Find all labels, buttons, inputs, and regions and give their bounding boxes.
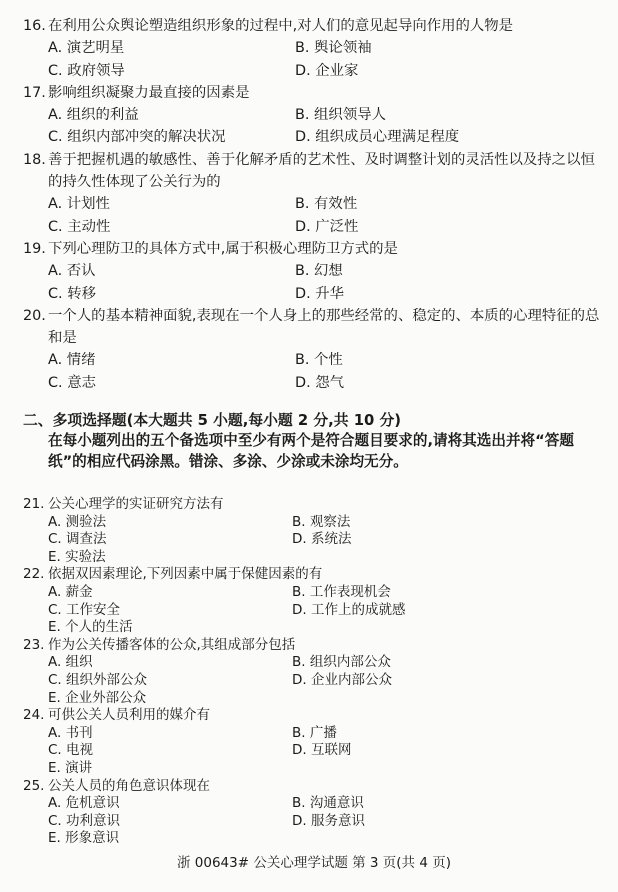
- option-17-D: D. 组织成员心理满足程度: [295, 126, 605, 148]
- option-text: 观察法: [310, 514, 351, 530]
- option-label: C.: [48, 602, 62, 618]
- option-24-A: A. 书刊: [48, 725, 292, 743]
- option-22-C: C. 工作安全: [48, 602, 292, 620]
- options-grid: A. 情绪B. 个性C. 意志D. 怨气: [48, 349, 605, 394]
- option-23-E: E. 企业外部公众: [48, 690, 292, 708]
- option-text: 企业外部公众: [65, 690, 146, 706]
- question-number: 21.: [23, 496, 48, 514]
- option-16-C: C. 政府领导: [48, 60, 295, 82]
- question-text: 可供公关人员利用的媒介有: [48, 707, 605, 725]
- option-19-A: A. 否认: [48, 260, 295, 282]
- page-footer: 浙 00643# 公关心理学试题 第 3 页(共 4 页): [23, 854, 605, 872]
- question-text: 影响组织凝聚力最直接的因素是: [48, 82, 605, 104]
- option-label: C.: [48, 129, 63, 145]
- option-text: 电视: [66, 742, 93, 758]
- option-label: A.: [48, 584, 61, 600]
- option-label: B.: [292, 795, 306, 811]
- option-text: 计划性: [67, 196, 110, 212]
- option-label: B.: [295, 196, 309, 212]
- option-text: 测验法: [66, 514, 107, 530]
- option-text: 服务意识: [311, 813, 365, 829]
- option-19-C: C. 转移: [48, 283, 295, 305]
- question-line: 19.下列心理防卫的具体方式中,属于积极心理防卫方式的是: [23, 238, 605, 260]
- question-line: 20.一个人的基本精神面貌,表现在一个人身上的那些经常的、稳定的、本质的心理特征…: [23, 305, 605, 350]
- option-text: 形象意识: [65, 830, 119, 846]
- question-text: 公关人员的角色意识体现在: [48, 778, 605, 796]
- option-text: 意志: [67, 375, 96, 391]
- option-label: B.: [292, 725, 306, 741]
- options-grid: A. 薪金B. 工作表现机会C. 工作安全D. 工作上的成就感E. 个人的生活: [48, 584, 605, 637]
- option-label: C.: [48, 63, 63, 79]
- option-text: 个人的生活: [65, 619, 133, 635]
- option-text: 工作上的成就感: [311, 602, 406, 618]
- option-text: 书刊: [66, 725, 93, 741]
- option-20-A: A. 情绪: [48, 349, 295, 371]
- option-23-D: D. 企业内部公众: [292, 672, 605, 690]
- section2-instructions: 在每小题列出的五个备选项中至少有两个是符合题目要求的,请将其选出并将“答题纸”的…: [48, 431, 605, 472]
- option-text: 企业家: [315, 63, 358, 79]
- option-label: A.: [48, 352, 62, 368]
- section2-title: 二、多项选择题(本大题共 5 小题,每小题 2 分,共 10 分): [23, 410, 605, 431]
- option-text: 政府领导: [67, 63, 125, 79]
- option-label: D.: [295, 129, 311, 145]
- option-21-B: B. 观察法: [292, 514, 605, 532]
- option-24-D: D. 互联网: [292, 742, 605, 760]
- option-19-B: B. 幻想: [295, 260, 605, 282]
- question-25: 25.公关人员的角色意识体现在A. 危机意识B. 沟通意识C. 功利意识D. 服…: [23, 778, 605, 848]
- option-18-C: C. 主动性: [48, 216, 295, 238]
- question-line: 23.作为公关传播客体的公众,其组成部分包括: [23, 637, 605, 655]
- option-22-B: B. 工作表现机会: [292, 584, 605, 602]
- option-17-C: C. 组织内部冲突的解决状况: [48, 126, 295, 148]
- options-grid: A. 组织的利益B. 组织领导人C. 组织内部冲突的解决状况D. 组织成员心理满…: [48, 104, 605, 149]
- option-label: C.: [48, 375, 63, 391]
- option-21-D: D. 系统法: [292, 531, 605, 549]
- option-label: C.: [48, 813, 62, 829]
- option-text: 企业内部公众: [311, 672, 392, 688]
- option-text: 沟通意识: [310, 795, 364, 811]
- option-text: 薪金: [66, 584, 93, 600]
- question-line: 17.影响组织凝聚力最直接的因素是: [23, 82, 605, 104]
- option-label: D.: [292, 602, 307, 618]
- option-label: B.: [292, 584, 306, 600]
- option-text: 演讲: [65, 760, 92, 776]
- question-19: 19.下列心理防卫的具体方式中,属于积极心理防卫方式的是A. 否认B. 幻想C.…: [23, 238, 605, 305]
- option-text: 系统法: [311, 531, 352, 547]
- option-18-D: D. 广泛性: [295, 216, 605, 238]
- option-text: 组织: [66, 654, 93, 670]
- option-text: 广播: [310, 725, 337, 741]
- option-label: B.: [295, 107, 309, 123]
- option-label: E.: [48, 830, 61, 846]
- option-label: A.: [48, 654, 61, 670]
- option-text: 个性: [314, 352, 343, 368]
- option-22-A: A. 薪金: [48, 584, 292, 602]
- question-line: 18.善于把握机遇的敏感性、善于化解矛盾的艺术性、及时调整计划的灵活性以及持之以…: [23, 149, 605, 194]
- question-text: 一个人的基本精神面貌,表现在一个人身上的那些经常的、稳定的、本质的心理特征的总和…: [48, 305, 605, 350]
- option-label: A.: [48, 263, 62, 279]
- option-21-A: A. 测验法: [48, 514, 292, 532]
- option-label: D.: [292, 813, 307, 829]
- question-text: 善于把握机遇的敏感性、善于化解矛盾的艺术性、及时调整计划的灵活性以及持之以恒的持…: [48, 149, 605, 194]
- question-line: 25.公关人员的角色意识体现在: [23, 778, 605, 796]
- question-number: 16.: [23, 15, 48, 37]
- option-18-B: B. 有效性: [295, 193, 605, 215]
- options-grid: A. 演艺明星B. 舆论领袖C. 政府领导D. 企业家: [48, 37, 605, 82]
- option-21-C: C. 调查法: [48, 531, 292, 549]
- option-20-B: B. 个性: [295, 349, 605, 371]
- option-text: 演艺明星: [67, 40, 125, 56]
- option-text: 情绪: [67, 352, 96, 368]
- option-25-A: A. 危机意识: [48, 795, 292, 813]
- question-20: 20.一个人的基本精神面貌,表现在一个人身上的那些经常的、稳定的、本质的心理特征…: [23, 305, 605, 394]
- option-text: 组织领导人: [314, 107, 386, 123]
- question-line: 16.在利用公众舆论塑造组织形象的过程中,对人们的意见起导向作用的人物是: [23, 15, 605, 37]
- option-label: B.: [295, 40, 309, 56]
- question-number: 25.: [23, 778, 48, 796]
- option-label: E.: [48, 690, 61, 706]
- option-label: B.: [292, 514, 306, 530]
- option-text: 工作表现机会: [310, 584, 391, 600]
- question-text: 作为公关传播客体的公众,其组成部分包括: [48, 637, 605, 655]
- section2-header-block: 二、多项选择题(本大题共 5 小题,每小题 2 分,共 10 分) 在每小题列出…: [23, 410, 605, 472]
- option-label: A.: [48, 514, 61, 530]
- option-text: 升华: [315, 286, 344, 302]
- question-line: 21.公关心理学的实证研究方法有: [23, 496, 605, 514]
- option-label: A.: [48, 725, 61, 741]
- option-text: 实验法: [65, 549, 106, 565]
- option-text: 组织内部公众: [310, 654, 391, 670]
- options-grid: A. 计划性B. 有效性C. 主动性D. 广泛性: [48, 193, 605, 238]
- option-label: C.: [48, 672, 62, 688]
- option-text: 否认: [67, 263, 96, 279]
- question-text: 下列心理防卫的具体方式中,属于积极心理防卫方式的是: [48, 238, 605, 260]
- option-21-E: E. 实验法: [48, 549, 292, 567]
- section-single-choice-questions: 16.在利用公众舆论塑造组织形象的过程中,对人们的意见起导向作用的人物是A. 演…: [23, 15, 605, 394]
- option-text: 组织外部公众: [66, 672, 147, 688]
- option-text: 功利意识: [66, 813, 120, 829]
- option-text: 工作安全: [66, 602, 120, 618]
- option-23-B: B. 组织内部公众: [292, 654, 605, 672]
- option-label: C.: [48, 531, 62, 547]
- option-25-B: B. 沟通意识: [292, 795, 605, 813]
- question-number: 17.: [23, 82, 48, 104]
- option-text: 互联网: [311, 742, 352, 758]
- question-18: 18.善于把握机遇的敏感性、善于化解矛盾的艺术性、及时调整计划的灵活性以及持之以…: [23, 149, 605, 238]
- option-text: 危机意识: [66, 795, 120, 811]
- options-grid: A. 危机意识B. 沟通意识C. 功利意识D. 服务意识E. 形象意识: [48, 795, 605, 848]
- question-17: 17.影响组织凝聚力最直接的因素是A. 组织的利益B. 组织领导人C. 组织内部…: [23, 82, 605, 149]
- option-22-E: E. 个人的生活: [48, 619, 292, 637]
- question-line: 24.可供公关人员利用的媒介有: [23, 707, 605, 725]
- question-22: 22.依据双因素理论,下列因素中属于保健因素的有A. 薪金B. 工作表现机会C.…: [23, 566, 605, 636]
- question-text: 公关心理学的实证研究方法有: [48, 496, 605, 514]
- option-text: 广泛性: [315, 219, 358, 235]
- option-text: 怨气: [315, 375, 344, 391]
- option-text: 主动性: [67, 219, 110, 235]
- options-grid: A. 组织B. 组织内部公众C. 组织外部公众D. 企业内部公众E. 企业外部公…: [48, 654, 605, 707]
- question-number: 23.: [23, 637, 48, 655]
- option-label: C.: [48, 742, 62, 758]
- question-number: 20.: [23, 305, 48, 350]
- option-text: 组织成员心理满足程度: [315, 129, 459, 145]
- option-17-A: A. 组织的利益: [48, 104, 295, 126]
- option-label: B.: [292, 654, 306, 670]
- option-24-C: C. 电视: [48, 742, 292, 760]
- option-label: D.: [295, 286, 311, 302]
- question-24: 24.可供公关人员利用的媒介有A. 书刊B. 广播C. 电视D. 互联网E. 演…: [23, 707, 605, 777]
- option-label: C.: [48, 286, 63, 302]
- option-text: 幻想: [314, 263, 343, 279]
- option-text: 转移: [67, 286, 96, 302]
- option-label: E.: [48, 760, 61, 776]
- question-number: 18.: [23, 149, 48, 194]
- option-16-B: B. 舆论领袖: [295, 37, 605, 59]
- option-label: D.: [295, 375, 311, 391]
- option-25-E: E. 形象意识: [48, 830, 292, 848]
- option-20-C: C. 意志: [48, 372, 295, 394]
- option-label: E.: [48, 549, 61, 565]
- option-text: 有效性: [314, 196, 357, 212]
- option-label: D.: [292, 742, 307, 758]
- options-grid: A. 否认B. 幻想C. 转移D. 升华: [48, 260, 605, 305]
- option-22-D: D. 工作上的成就感: [292, 602, 605, 620]
- options-grid: A. 书刊B. 广播C. 电视D. 互联网E. 演讲: [48, 725, 605, 778]
- option-24-E: E. 演讲: [48, 760, 292, 778]
- option-label: A.: [48, 795, 61, 811]
- exam-page: 16.在利用公众舆论塑造组织形象的过程中,对人们的意见起导向作用的人物是A. 演…: [0, 0, 618, 892]
- option-label: D.: [292, 531, 307, 547]
- options-grid: A. 测验法B. 观察法C. 调查法D. 系统法E. 实验法: [48, 514, 605, 567]
- option-16-D: D. 企业家: [295, 60, 605, 82]
- option-text: 组织内部冲突的解决状况: [67, 129, 225, 145]
- option-label: D.: [295, 63, 311, 79]
- option-label: D.: [295, 219, 311, 235]
- option-25-C: C. 功利意识: [48, 813, 292, 831]
- option-24-B: B. 广播: [292, 725, 605, 743]
- question-number: 22.: [23, 566, 48, 584]
- option-18-A: A. 计划性: [48, 193, 295, 215]
- question-number: 24.: [23, 707, 48, 725]
- option-label: E.: [48, 619, 61, 635]
- option-19-D: D. 升华: [295, 283, 605, 305]
- option-17-B: B. 组织领导人: [295, 104, 605, 126]
- option-text: 舆论领袖: [314, 40, 372, 56]
- option-23-A: A. 组织: [48, 654, 292, 672]
- option-label: A.: [48, 107, 62, 123]
- option-text: 组织的利益: [67, 107, 139, 123]
- option-20-D: D. 怨气: [295, 372, 605, 394]
- question-16: 16.在利用公众舆论塑造组织形象的过程中,对人们的意见起导向作用的人物是A. 演…: [23, 15, 605, 82]
- option-25-D: D. 服务意识: [292, 813, 605, 831]
- option-text: 调查法: [66, 531, 107, 547]
- question-number: 19.: [23, 238, 48, 260]
- option-16-A: A. 演艺明星: [48, 37, 295, 59]
- option-23-C: C. 组织外部公众: [48, 672, 292, 690]
- question-line: 22.依据双因素理论,下列因素中属于保健因素的有: [23, 566, 605, 584]
- option-label: B.: [295, 263, 309, 279]
- option-label: C.: [48, 219, 63, 235]
- section-multiple-choice-questions: 21.公关心理学的实证研究方法有A. 测验法B. 观察法C. 调查法D. 系统法…: [23, 496, 605, 848]
- question-text: 在利用公众舆论塑造组织形象的过程中,对人们的意见起导向作用的人物是: [48, 15, 605, 37]
- option-label: A.: [48, 196, 62, 212]
- question-23: 23.作为公关传播客体的公众,其组成部分包括A. 组织B. 组织内部公众C. 组…: [23, 637, 605, 707]
- option-label: A.: [48, 40, 62, 56]
- option-label: B.: [295, 352, 309, 368]
- option-label: D.: [292, 672, 307, 688]
- question-21: 21.公关心理学的实证研究方法有A. 测验法B. 观察法C. 调查法D. 系统法…: [23, 496, 605, 566]
- question-text: 依据双因素理论,下列因素中属于保健因素的有: [48, 566, 605, 584]
